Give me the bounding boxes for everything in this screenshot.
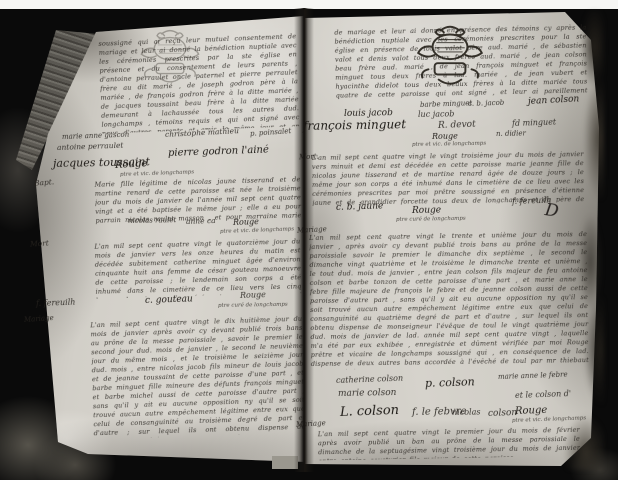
signature: Rouge [412, 205, 441, 216]
signature: Rouge [233, 217, 259, 227]
signature: n. didier [496, 129, 526, 138]
right-entry-last-partial: L'an mil sept cent quatre vingt le premi… [318, 426, 580, 461]
signature: Rouge [240, 290, 266, 300]
signature: Rouge [432, 132, 458, 141]
signature-title: ptre curé de longchamps [396, 216, 466, 223]
signature: nicolas [452, 408, 481, 417]
register-scan: Bapt. Mort Mariage soussigné qui ai reçu… [0, 0, 618, 480]
left-entry-mort: L'an mil sept cent quatre vingt le quato… [94, 237, 301, 298]
signature: L. colson [340, 403, 400, 420]
signature: Rouge [115, 158, 148, 171]
right-entry-mariage: L'an mil sept cent quatre vingt le trent… [309, 230, 589, 370]
signature: françois minguet [303, 117, 406, 133]
left-entry-marriage-continuation: soussigné qui ai reçu leur mutuel consen… [98, 32, 299, 134]
signature: marie colson [338, 388, 397, 399]
margin-note-mort: Mort [30, 239, 49, 249]
signature: Rouge [515, 405, 548, 417]
book-gutter [294, 8, 314, 472]
signature: nicolas raulet [128, 216, 176, 225]
signature: R. devot [438, 120, 476, 131]
signature: c. b. jaune [336, 201, 384, 213]
signature: c. b. jacob [468, 99, 505, 108]
margin-note-bapteme: Bapt. [34, 177, 55, 187]
signature-title: ptre curé de longchamps [218, 302, 288, 309]
signature: p. colson [425, 375, 475, 390]
left-entry-mariage: L'an mil sept cent quatre vingt le dix h… [90, 315, 306, 440]
right-entry-marriage-continuation: de mariage et leur ai donné en présence … [334, 23, 587, 100]
signature: c. gouteau [145, 294, 193, 306]
signature: fd minguet [512, 117, 556, 128]
signature-paraph: D [544, 200, 560, 222]
signature-title: ptre et vic. de longchamps [412, 141, 486, 148]
signature: anne ca [186, 216, 216, 226]
signature: luc jacob [418, 109, 455, 119]
signature: f. fereuilh [36, 298, 76, 308]
